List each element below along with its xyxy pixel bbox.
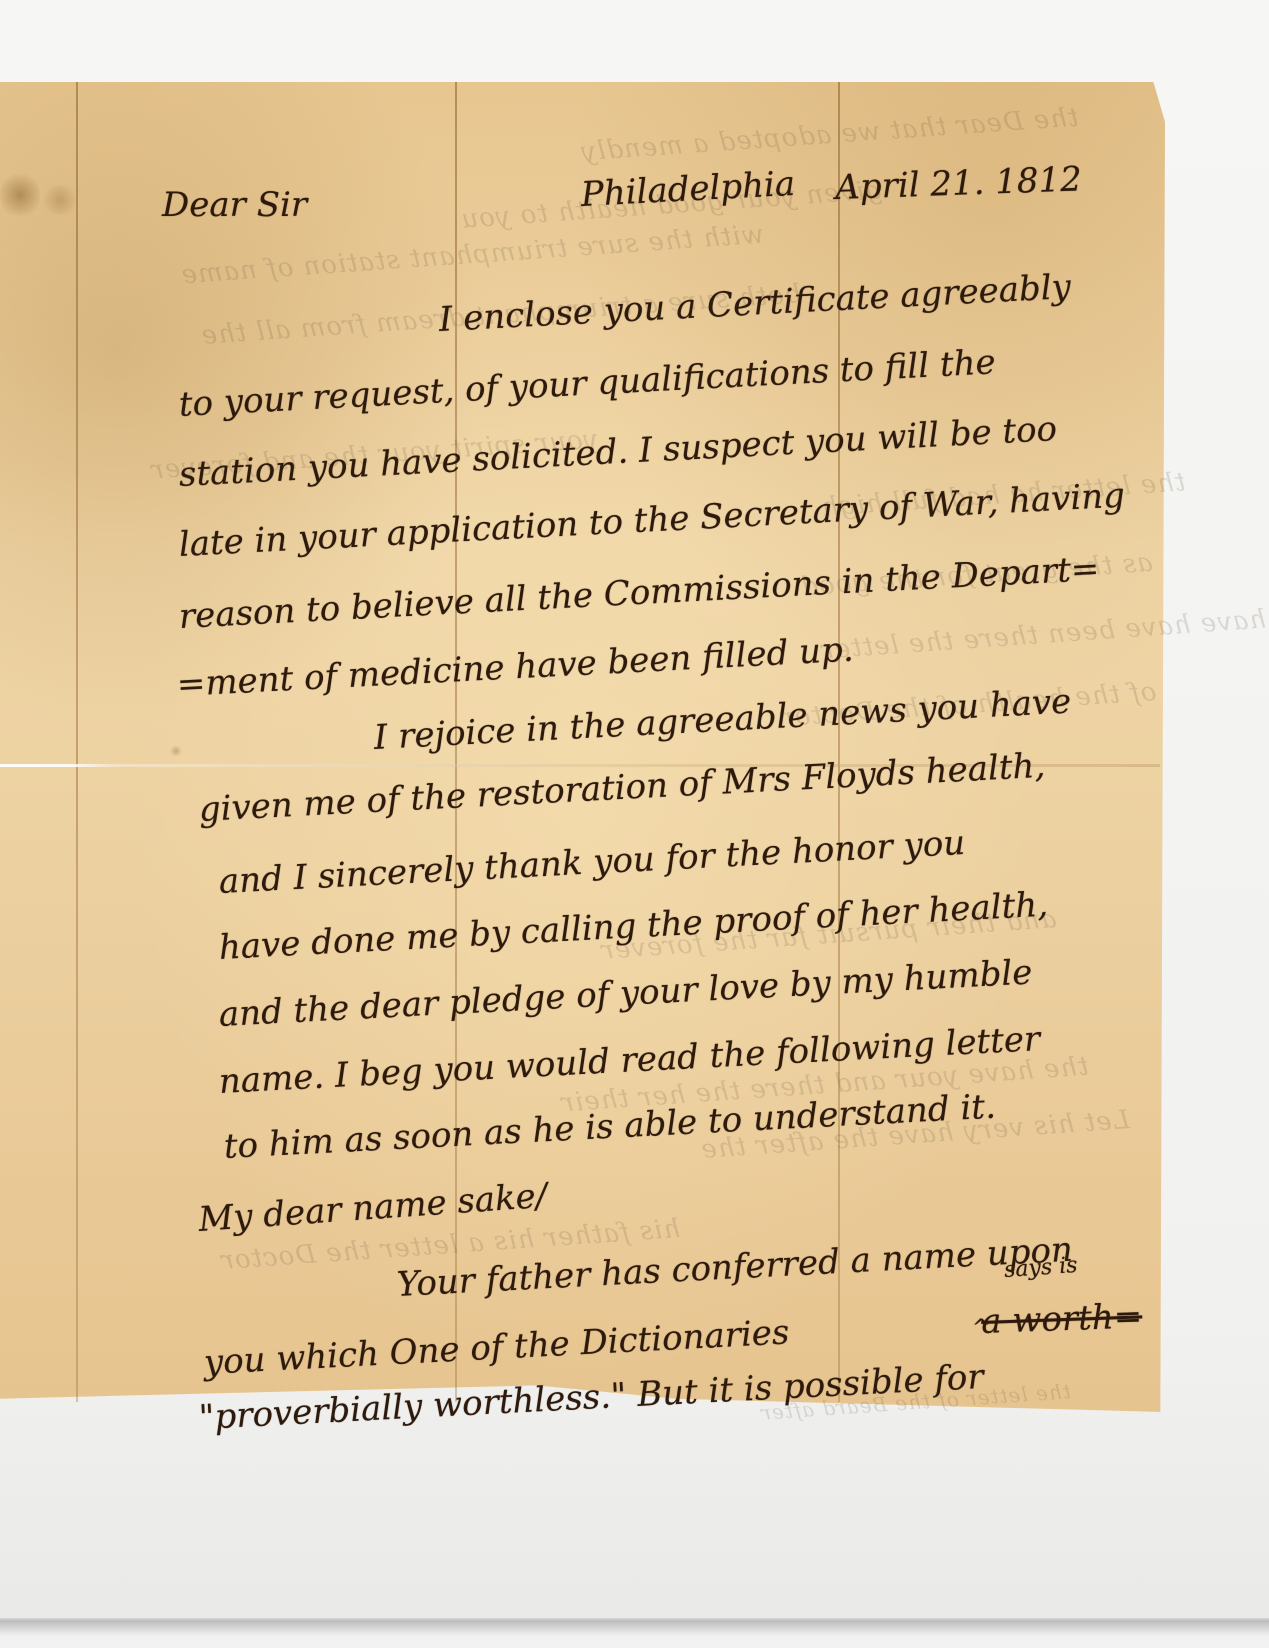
- inserted-text: says is: [1003, 1253, 1078, 1283]
- ink-spot: [170, 745, 182, 757]
- letter-salutation: Dear Sir: [162, 185, 307, 225]
- ink-stain: [0, 170, 40, 220]
- scanner-edge-shadow: [0, 1618, 1269, 1648]
- insertion-caret: ^: [972, 1316, 990, 1341]
- ink-stain: [40, 185, 80, 215]
- struck-out-text: a worth=: [981, 1296, 1143, 1342]
- fold-line-vertical-1: [76, 82, 78, 1402]
